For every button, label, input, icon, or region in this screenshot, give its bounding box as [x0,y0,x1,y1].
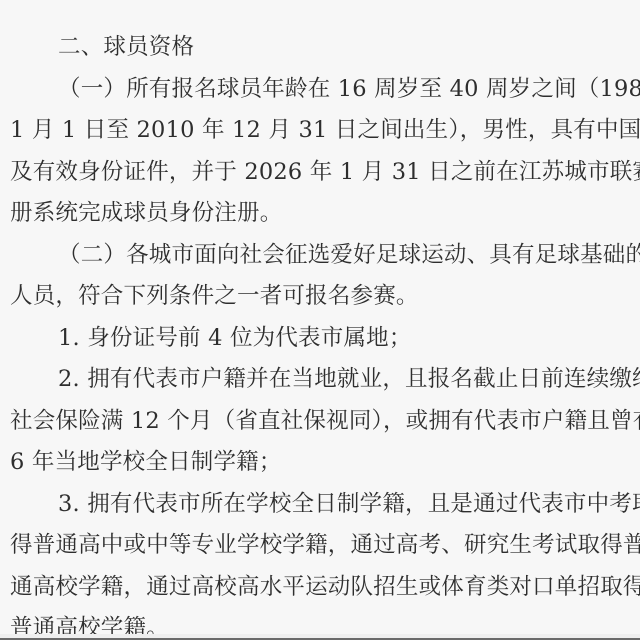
clause-2-line-2: 人员，符合下列条件之一者可报名参赛。 [10,279,632,313]
clause-1-line-2: 1 月 1 日至 2010 年 12 月 31 日之间出生），男性，具有中国国籍 [10,113,632,147]
clause-1-line-4: 册系统完成球员身份注册。 [10,196,632,230]
clause-2-line-1: （二）各城市面向社会征选爱好足球运动、具有足球基础的 [10,238,632,272]
clause-1-line-1: （一）所有报名球员年龄在 16 周岁至 40 周岁之间（1986 年 [10,72,632,106]
condition-3-line-2: 得普通高中或中等专业学校学籍，通过高考、研究生考试取得普 [10,528,632,562]
condition-2-line-2: 社会保险满 12 个月（省直社保视同），或拥有代表市户籍且曾有 [10,404,632,438]
condition-1-line-1: 1. 身份证号前 4 位为代表市属地； [10,321,632,355]
condition-2-line-3: 6 年当地学校全日制学籍； [10,445,632,479]
condition-2-line-1: 2. 拥有代表市户籍并在当地就业，且报名截止日前连续缴纳 [10,362,632,396]
condition-3-line-1: 3. 拥有代表市所在学校全日制学籍，且是通过代表市中考取 [10,487,632,521]
condition-3-line-3: 通高校学籍，通过高校高水平运动队招生或体育类对口单招取得 [10,570,632,604]
clause-1-line-3: 及有效身份证件，并于 2026 年 1 月 31 日之前在江苏城市联赛注 [10,155,632,189]
section-heading: 二、球员资格 [10,30,632,64]
document-body: 二、球员资格 （一）所有报名球员年龄在 16 周岁至 40 周岁之间（1986 … [10,30,632,640]
